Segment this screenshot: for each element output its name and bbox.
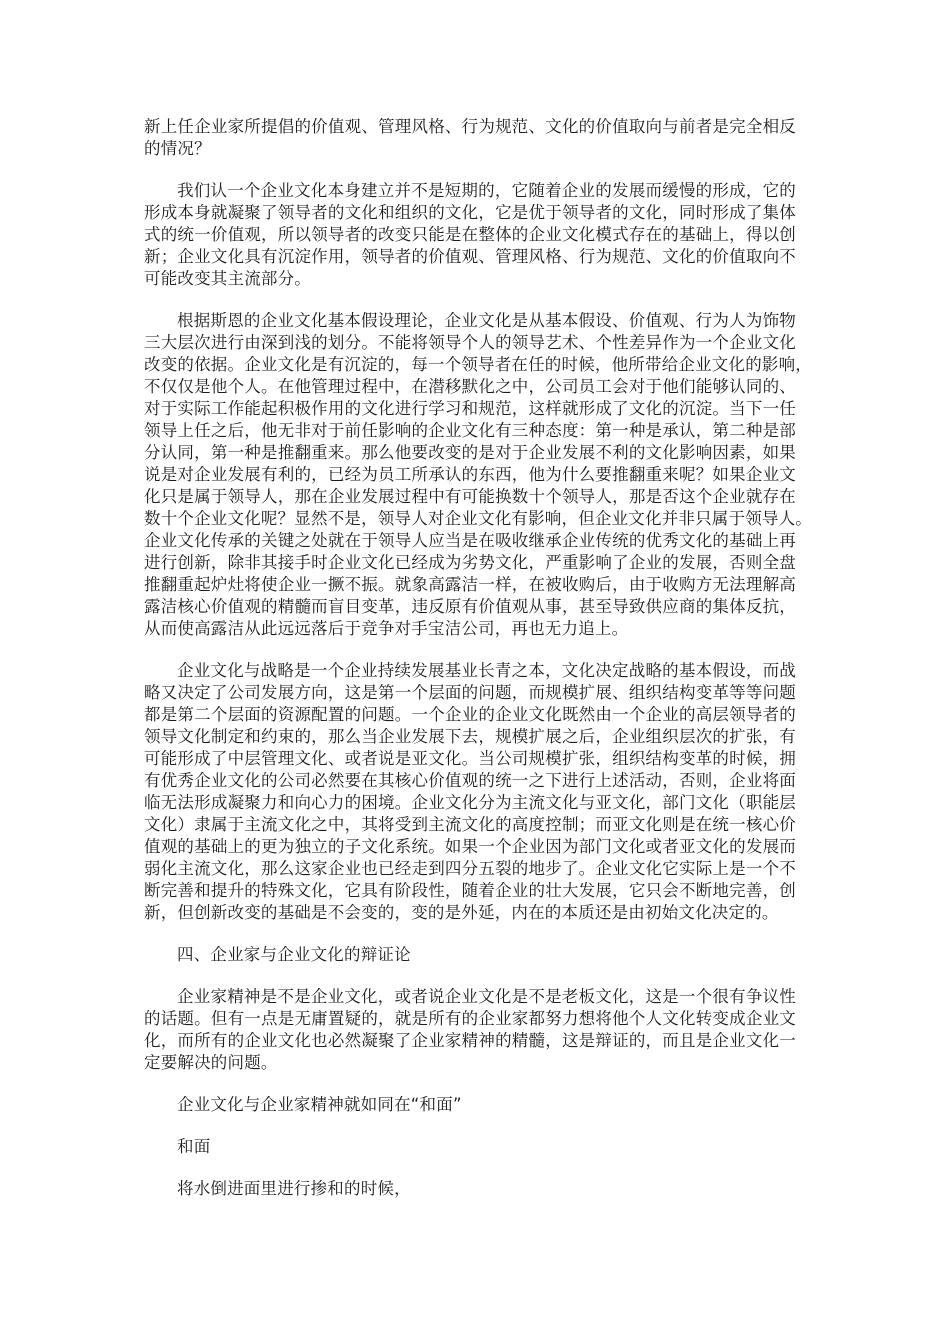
text-line: 推翻重起炉灶将使企业一撅不振。就象高露洁一样，在被收购后，由于收购方无法理解高 <box>144 574 796 596</box>
text-line: 企业文化与战略是一个企业持续发展基业长青之本，文化决定战略的基本假设，而战 <box>144 660 796 682</box>
text-line: 企业家精神是不是企业文化，或者说企业文化是不是老板文化，这是一个很有争议性 <box>144 986 796 1008</box>
text-line: 数十个企业文化呢？显然不是，领导人对企业文化有影响，但企业文化并非只属于领导人。 <box>144 508 796 530</box>
text-line: 三大层次进行由深到浅的划分。不能将领导个人的领导艺术、个性差异作为一个企业文化 <box>144 332 796 354</box>
paragraph-3: 根据斯恩的企业文化基本假设理论，企业文化是从基本假设、价值观、行为人为饰物 三大… <box>144 310 796 640</box>
section-heading: 四、企业家与企业文化的辩证论 <box>144 944 796 966</box>
text-line: 的话题。但有一点是无庸置疑的，就是所有的企业家都努力想将他个人文化转变成企业文 <box>144 1008 796 1030</box>
text-line: 我们认一个企业文化本身建立并不是短期的，它随着企业的发展而缓慢的形成，它的 <box>144 180 796 202</box>
text-line: 临无法形成凝聚力和向心力的困境。企业文化分为主流文化与亚文化，部门文化（职能层 <box>144 792 796 814</box>
paragraph-7: 和面 <box>144 1136 796 1158</box>
text-line: 弱化主流文化，那么这家企业也已经走到四分五裂的地步了。企业文化它实际上是一个不 <box>144 858 796 880</box>
text-line: 可能形成了中层管理文化、或者说是亚文化。当公司规模扩张，组织结构变革的时候，拥 <box>144 748 796 770</box>
text-line: 形成本身就凝聚了领导者的文化和组织的文化，它是优于领导者的文化，同时形成了集体 <box>144 202 796 224</box>
paragraph-8: 将水倒进面里进行掺和的时候， <box>144 1178 796 1200</box>
text-line: 改变的依据。企业文化是有沉淀的，每一个领导者在任的时候，他所带给企业文化的影响， <box>144 354 796 376</box>
paragraph-6: 企业文化与企业家精神就如同在“和面” <box>144 1094 796 1116</box>
text-line: 进行创新，除非其接手时企业文化已经成为劣势文化，严重影响了企业的发展，否则全盘 <box>144 552 796 574</box>
text-line: 新，但创新改变的基础是不会变的，变的是外延，内在的本质还是由初始文化决定的。 <box>144 902 796 924</box>
text-line: 露洁核心价值观的精髓而盲目变革，违反原有价值观从事，甚至导致供应商的集体反抗， <box>144 596 796 618</box>
document-page: 新上任企业家所提倡的价值观、管理风格、行为规范、文化的价值取向与前者是完全相反 … <box>144 116 796 1220</box>
text-line: 对于实际工作能起积极作用的文化进行学习和规范，这样就形成了文化的沉淀。当下一任 <box>144 398 796 420</box>
text-line: 文化）隶属于主流文化之中，其将受到主流文化的高度控制；而亚文化则是在统一核心价 <box>144 814 796 836</box>
text-line: 将水倒进面里进行掺和的时候， <box>144 1178 796 1200</box>
text-line: 可能改变其主流部分。 <box>144 268 796 290</box>
text-line: 领导文化制定和约束的，那么当企业发展下去，规模扩展之后，企业组织层次的扩张，有 <box>144 726 796 748</box>
paragraph-5: 企业家精神是不是企业文化，或者说企业文化是不是老板文化，这是一个很有争议性 的话… <box>144 986 796 1074</box>
text-line: 企业文化传承的关键之处就在于领导人应当是在吸收继承企业传统的优秀文化的基础上再 <box>144 530 796 552</box>
text-line: 和面 <box>144 1136 796 1158</box>
text-line: 式的统一价值观，所以领导者的改变只能是在整体的企业文化模式存在的基础上，得以创 <box>144 224 796 246</box>
text-line: 值观的基础上的更为独立的子文化系统。如果一个企业因为部门文化或者亚文化的发展而 <box>144 836 796 858</box>
paragraph-1: 新上任企业家所提倡的价值观、管理风格、行为规范、文化的价值取向与前者是完全相反 … <box>144 116 796 160</box>
heading-text: 四、企业家与企业文化的辩证论 <box>144 944 796 966</box>
text-line: 不仅仅是他个人。在他管理过程中，在潜移默化之中，公司员工会对于他们能够认同的、 <box>144 376 796 398</box>
text-line: 新上任企业家所提倡的价值观、管理风格、行为规范、文化的价值取向与前者是完全相反 <box>144 116 796 138</box>
paragraph-4: 企业文化与战略是一个企业持续发展基业长青之本，文化决定战略的基本假设，而战 略又… <box>144 660 796 924</box>
text-line: 说是对企业发展有利的，已经为员工所承认的东西，他为什么要推翻重来呢？如果企业文 <box>144 464 796 486</box>
text-line: 企业文化与企业家精神就如同在“和面” <box>144 1094 796 1116</box>
text-line: 新；企业文化具有沉淀作用，领导者的价值观、管理风格、行为规范、文化的价值取向不 <box>144 246 796 268</box>
text-line: 化，而所有的企业文化也必然凝聚了企业家精神的精髓，这是辩证的，而且是企业文化一 <box>144 1030 796 1052</box>
text-line: 定要解决的问题。 <box>144 1052 796 1074</box>
text-line: 领导上任之后，他无非对于前任影响的企业文化有三种态度：第一种是承认，第二种是部 <box>144 420 796 442</box>
text-line: 略又决定了公司发展方向，这是第一个层面的问题，而规模扩展、组织结构变革等等问题 <box>144 682 796 704</box>
text-line: 分认同，第一种是推翻重来。那么他要改变的是对于企业发展不利的文化影响因素，如果 <box>144 442 796 464</box>
text-line: 化只是属于领导人，那在企业发展过程中有可能换数十个领导人，那是否这个企业就存在 <box>144 486 796 508</box>
paragraph-2: 我们认一个企业文化本身建立并不是短期的，它随着企业的发展而缓慢的形成，它的 形成… <box>144 180 796 290</box>
text-line: 都是第二个层面的资源配置的问题。一个企业的企业文化既然由一个企业的高层领导者的 <box>144 704 796 726</box>
text-line: 根据斯恩的企业文化基本假设理论，企业文化是从基本假设、价值观、行为人为饰物 <box>144 310 796 332</box>
text-line: 的情况？ <box>144 138 796 160</box>
text-line: 从而使高露洁从此远远落后于竞争对手宝洁公司，再也无力追上。 <box>144 618 796 640</box>
text-line: 断完善和提升的特殊文化，它具有阶段性，随着企业的壮大发展，它只会不断地完善，创 <box>144 880 796 902</box>
text-line: 有优秀企业文化的公司必然要在其核心价值观的统一之下进行上述活动，否则，企业将面 <box>144 770 796 792</box>
